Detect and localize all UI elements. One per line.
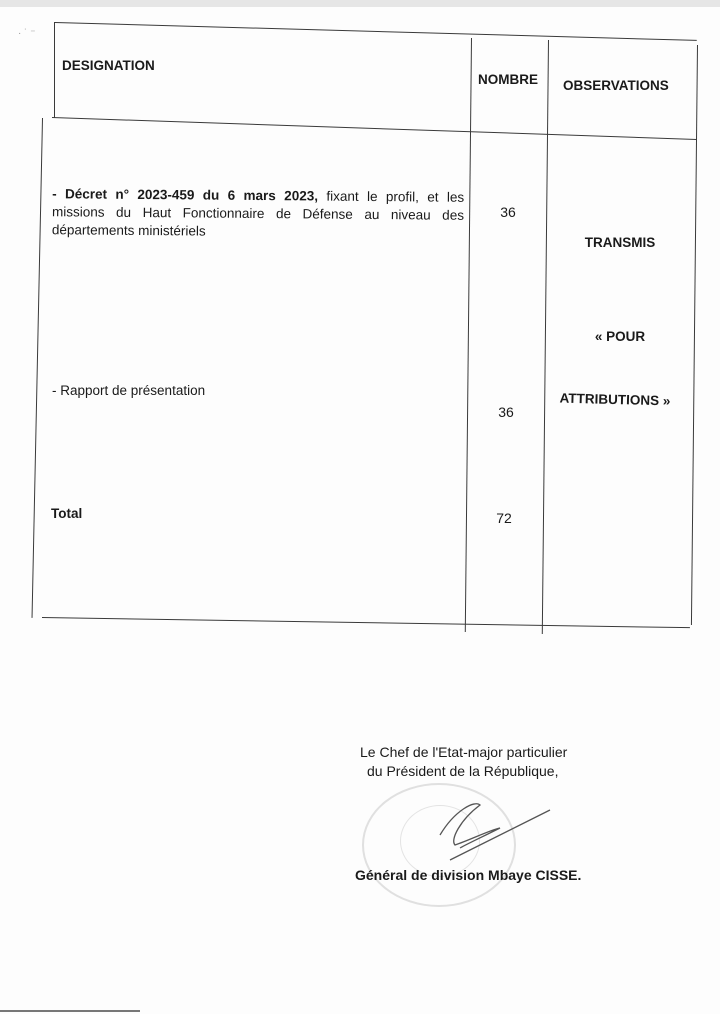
total-nombre: 72	[469, 509, 539, 528]
header-nombre: NOMBRE	[478, 71, 538, 89]
table-row-rapport: - Rapport de présentation	[52, 382, 205, 400]
scan-specks: · ˙ ⁻	[18, 28, 36, 39]
observation-pour: « POUR	[545, 328, 695, 346]
document-page	[0, 7, 720, 1014]
handwritten-signature-icon	[420, 790, 560, 870]
signatory-title-line2: du Président de la République,	[367, 762, 558, 780]
decret-reference: - Décret n° 2023-459 du 6 mars 2023,	[52, 186, 318, 203]
observation-transmis: TRANSMIS	[545, 234, 695, 252]
table-row-decret: - Décret n° 2023-459 du 6 mars 2023, fix…	[52, 185, 464, 242]
signatory-title-line1: Le Chef de l'Etat-major particulier	[360, 743, 567, 761]
header-observations: OBSERVATIONS	[563, 77, 669, 95]
total-label: Total	[51, 505, 82, 523]
row-decret-nombre: 36	[473, 203, 543, 222]
scan-edge-mark	[0, 1010, 140, 1012]
signatory-name: Général de division Mbaye CISSE.	[355, 866, 581, 884]
row-rapport-nombre: 36	[471, 403, 541, 422]
header-designation: DESIGNATION	[62, 57, 155, 75]
table-border-left-top	[54, 22, 55, 118]
viewer-top-bar	[0, 0, 720, 7]
